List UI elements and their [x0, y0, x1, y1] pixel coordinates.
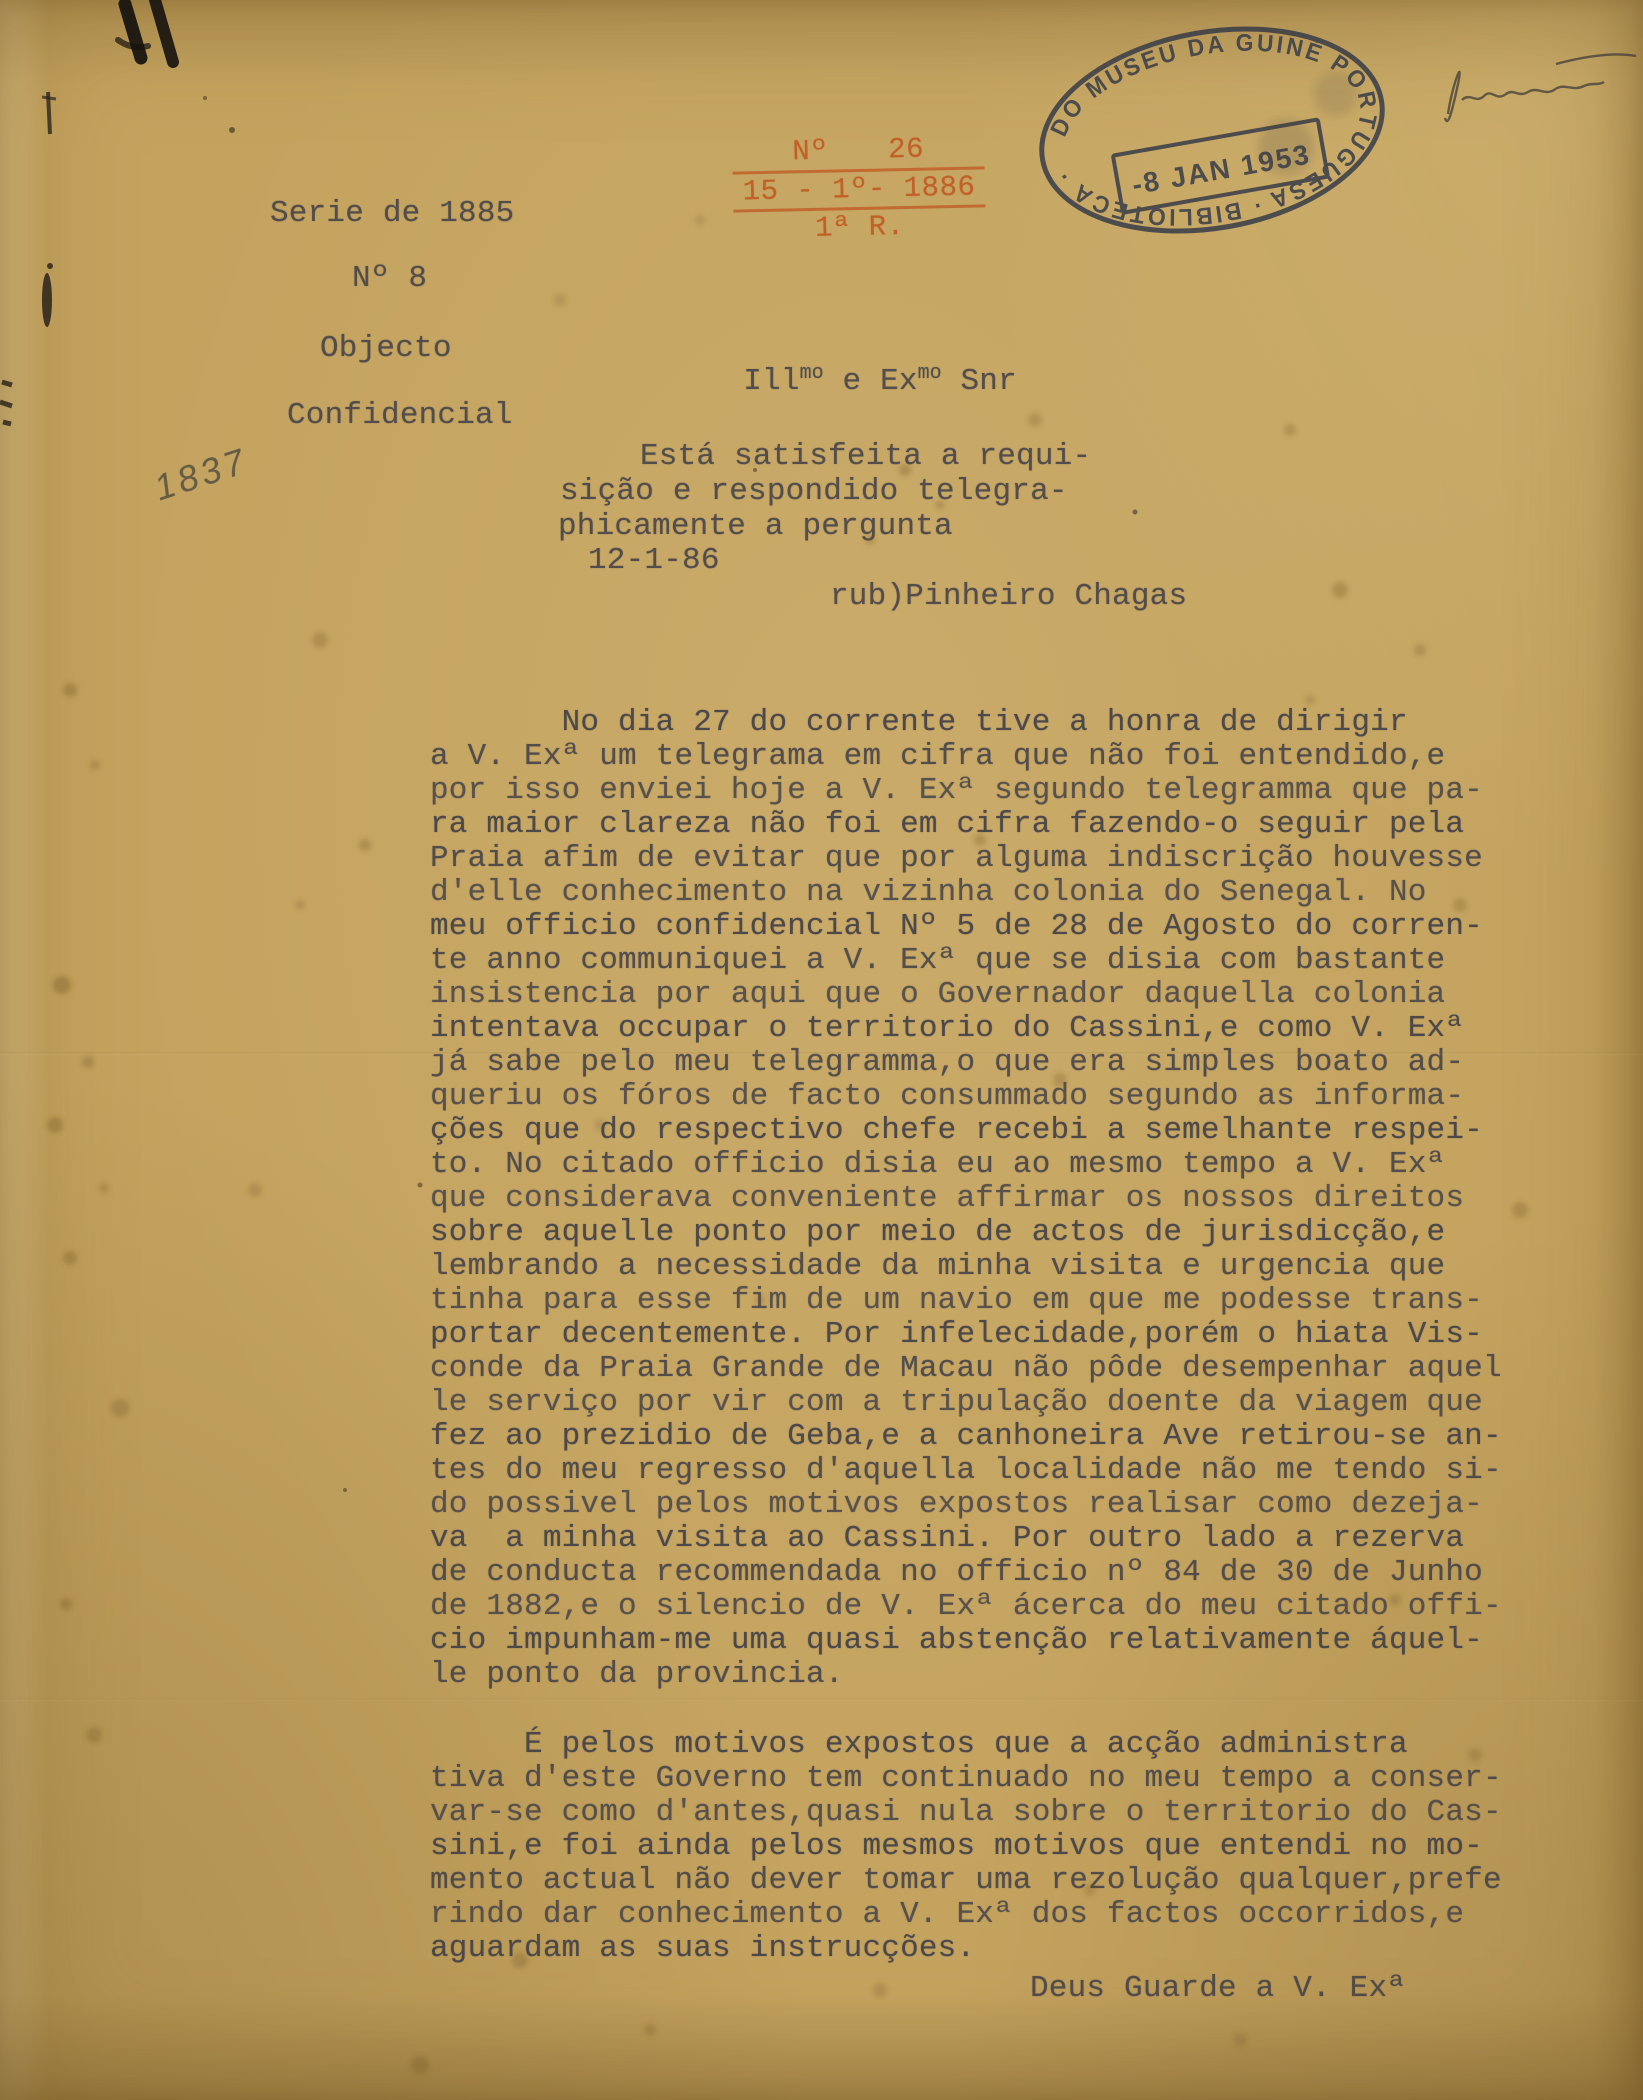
body-line: do possivel pelos motivos expostos reali…: [430, 1488, 1502, 1522]
body-line: meu officio confidencial Nº 5 de 28 de A…: [430, 910, 1502, 944]
body-line: portar decentemente. Por infelecidade,po…: [430, 1318, 1502, 1352]
body-line: queriu os fóros de facto consummado segu…: [430, 1080, 1502, 1114]
handwritten-signature: [1445, 54, 1636, 121]
body-line: le ponto da provincia.: [430, 1658, 1502, 1692]
body-line: to. No citado officio disia eu ao mesmo …: [430, 1148, 1502, 1182]
series-label: Serie de 1885: [270, 197, 514, 231]
registry-date: 15 - 1º- 1886: [733, 166, 986, 212]
document-page: Serie de 1885 Nº 8 Objecto Confidencial …: [0, 0, 1643, 2100]
body-line: que considerava conveniente affirmar os …: [430, 1182, 1502, 1216]
body-line: intentava occupar o territorio do Cassin…: [430, 1012, 1502, 1046]
document-number: Nº 8: [352, 262, 427, 296]
body-line: ra maior clareza não foi em cifra fazend…: [430, 808, 1502, 842]
body-line: ções que do respectivo chefe recebi a se…: [430, 1114, 1502, 1148]
registry-division: 1ª R.: [733, 207, 986, 246]
annotation-line-1: Está satisfeita a requi-: [640, 440, 1091, 474]
body-line: te anno communiquei a V. Exª que se disi…: [430, 944, 1502, 978]
stamp-date: -8 JAN 1953: [1130, 139, 1313, 201]
body-line: cio impunham-me uma quasi abstenção rela…: [430, 1624, 1502, 1658]
body-line: rindo dar conhecimento a V. Exª dos fact…: [430, 1898, 1502, 1932]
body-line: por isso enviei hoje a V. Exª segundo te…: [430, 774, 1502, 808]
body-line: de 1882,e o silencio de V. Exª ácerca do…: [430, 1590, 1502, 1624]
body-line: insistencia por aqui que o Governador da…: [430, 978, 1502, 1012]
registry-number-value: 26: [888, 133, 924, 167]
paper-crease: [0, 1698, 1643, 1701]
body-paragraph-2: É pelos motivos expostos que a acção adm…: [430, 1728, 1502, 1966]
body-line: No dia 27 do corrente tive a honra de di…: [430, 706, 1502, 740]
body-line: va a minha visita ao Cassini. Por outro …: [430, 1522, 1502, 1556]
ink-marks-top-left: [118, 0, 173, 62]
body-line: lembrando a necessidade da minha visita …: [430, 1250, 1502, 1284]
registry-number-label: Nº: [792, 135, 828, 169]
body-line: sobre aquelle ponto por meio de actos de…: [430, 1216, 1502, 1250]
annotation-rubric: rub)Pinheiro Chagas: [830, 580, 1187, 614]
objecto-label: Objecto: [320, 332, 452, 366]
registry-stamp: Nº 26 15 - 1º- 1886 1ª R.: [732, 131, 986, 246]
confidencial-label: Confidencial: [287, 399, 513, 433]
paper-crease: [0, 1052, 1643, 1055]
annotation-line-3: phicamente a pergunta: [558, 510, 953, 544]
annotation-date: 12-1-86: [588, 544, 720, 578]
body-line: tes do meu regresso d'aquella localidade…: [430, 1454, 1502, 1488]
stamp-band-text: DO MUSEU DA GUINÉ PORTUGUESA · BIBLIOTEC…: [1029, 10, 1397, 255]
pen-stroke-left-margin: [0, 92, 56, 424]
body-line: le serviço por vir com a tripulação doen…: [430, 1386, 1502, 1420]
salutation-text: e Ex: [824, 364, 918, 399]
body-line: fez ao prezidio de Geba,e a canhoneira A…: [430, 1420, 1502, 1454]
salutation-text: Snr: [942, 364, 1017, 399]
stamp-oval-border: [1026, 10, 1399, 256]
body-line: Praia afim de evitar que por alguma indi…: [430, 842, 1502, 876]
stamp-ink-smudge: [1254, 115, 1319, 180]
library-stamp: DO MUSEU DA GUINÉ PORTUGUESA · BIBLIOTEC…: [1022, 10, 1422, 260]
body-line: É pelos motivos expostos que a acção adm…: [430, 1728, 1502, 1762]
body-line: a V. Exª um telegrama em cifra que não f…: [430, 740, 1502, 774]
body-line: conde da Praia Grande de Macau não pôde …: [430, 1352, 1502, 1386]
body-line: aguardam as suas instrucções.: [430, 1932, 1502, 1966]
handwritten-archive-number: 1837: [149, 440, 253, 509]
body-line: sini,e foi ainda pelos mesmos motivos qu…: [430, 1830, 1502, 1864]
stamp-date-box: [1113, 119, 1328, 212]
body-line: de conducta recommendada no officio nº 8…: [430, 1556, 1502, 1590]
annotation-line-2: sição e respondido telegra-: [560, 475, 1068, 509]
body-line: d'elle conhecimento na vizinha colonia d…: [430, 876, 1502, 910]
salutation-superscript: mo: [800, 362, 824, 385]
body-paragraph-1: No dia 27 do corrente tive a honra de di…: [430, 706, 1502, 1692]
closing-line: Deus Guarde a V. Exª: [1030, 1972, 1406, 2006]
body-line: tiva d'este Governo tem continuado no me…: [430, 1762, 1502, 1796]
body-line: mento actual não dever tomar uma rezoluç…: [430, 1864, 1502, 1898]
body-line: tinha para esse fim de um navio em que m…: [430, 1284, 1502, 1318]
body-line: var-se como d'antes,quasi nula sobre o t…: [430, 1796, 1502, 1830]
salutation-text: Ill: [743, 364, 799, 399]
salutation: Illmo e Exmo Snr: [668, 331, 1017, 436]
salutation-superscript: mo: [918, 362, 942, 385]
stamp-ink-smudge: [1310, 68, 1361, 119]
